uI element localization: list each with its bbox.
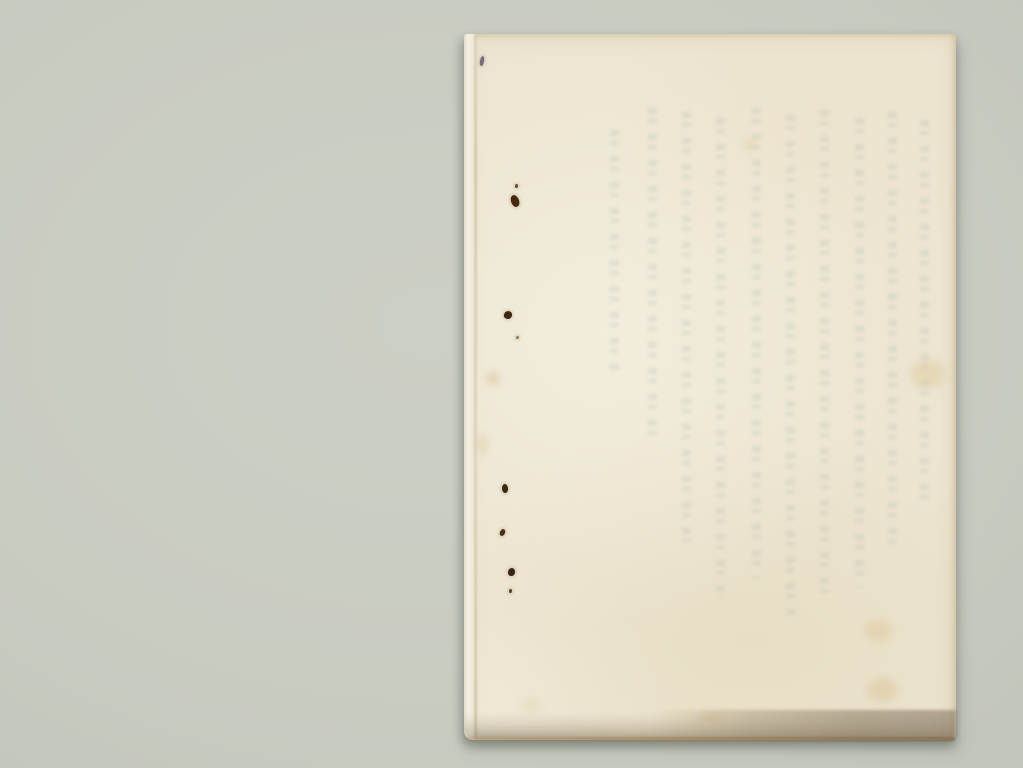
bleedthrough-text-column <box>752 108 761 578</box>
bleedthrough-text-column <box>888 112 897 552</box>
binding-seam-line <box>475 36 477 737</box>
tan-stain <box>520 698 542 714</box>
tan-stain <box>476 434 488 454</box>
photo-backdrop <box>0 0 1023 768</box>
binding-edge-strip <box>464 34 475 740</box>
tan-stain <box>910 360 946 388</box>
bleedthrough-text-column <box>786 115 795 615</box>
foxing-spot <box>508 568 515 576</box>
bleedthrough-text-column <box>855 118 864 588</box>
tan-stain <box>866 678 898 702</box>
bleedthrough-text-column <box>820 110 829 600</box>
bleedthrough-text-column <box>920 120 929 500</box>
foxing-spot <box>516 336 519 339</box>
bottom-edge-line <box>466 737 955 741</box>
tan-stain <box>698 712 726 726</box>
bleedthrough-text-column <box>682 112 691 542</box>
manuscript-page <box>464 34 956 740</box>
tan-stain <box>864 620 892 642</box>
foxing-spot <box>509 589 512 593</box>
bleedthrough-text-column <box>716 118 725 598</box>
foxing-spot <box>515 184 518 188</box>
bleedthrough-text-column <box>610 130 619 370</box>
tan-stain <box>745 141 754 150</box>
bleedthrough-text-column <box>648 108 657 438</box>
tan-stain <box>486 372 500 385</box>
